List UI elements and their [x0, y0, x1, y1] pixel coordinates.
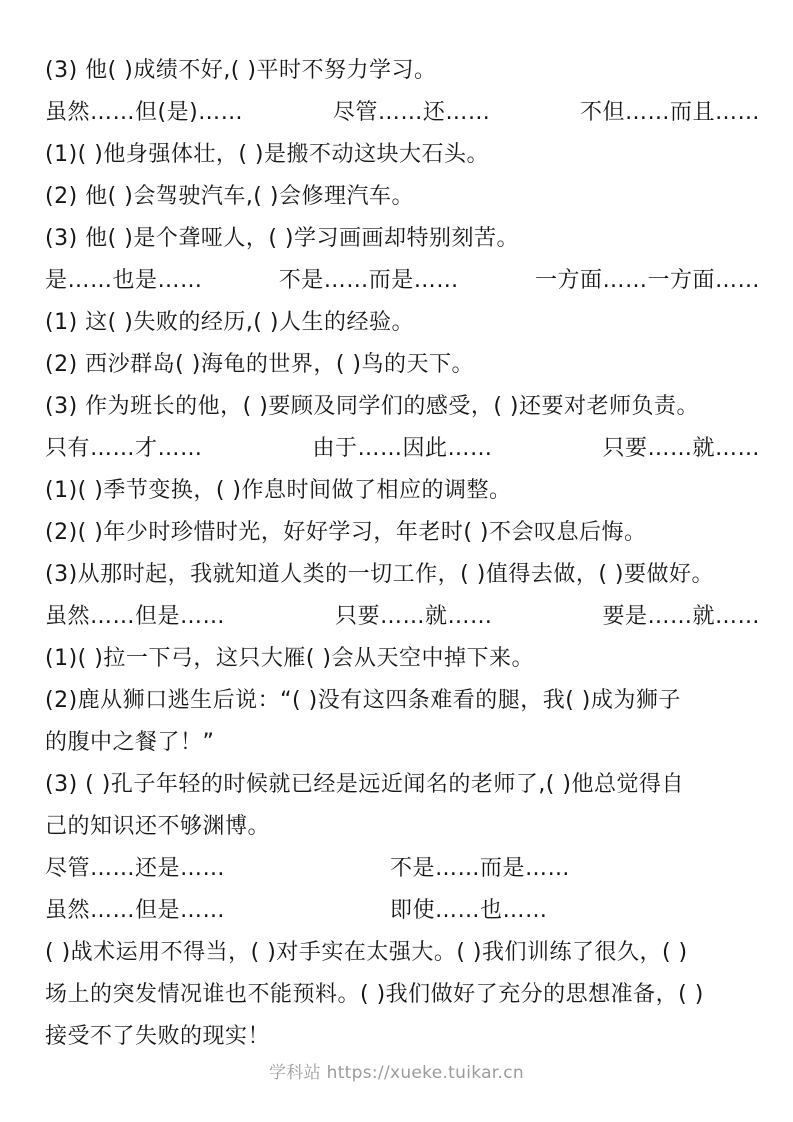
exercise-line: 的腹中之餐了！” [45, 722, 760, 764]
footer-site-link: 学科站 https://xueke.tuikar.cn [269, 1063, 524, 1083]
exercise-line: (1)( )他身强体壮，( )是搬不动这块大石头。 [45, 134, 760, 176]
exercise-line: (1)( )拉一下弓，这只大雁( )会从天空中掉下来。 [45, 638, 760, 680]
exercise-line: 场上的突发情况谁也不能预料。( )我们做好了充分的思想准备，( ) [45, 974, 760, 1016]
conjunction-option: 虽然……但(是)…… [45, 92, 243, 134]
exercise-line: (3) 作为班长的他，( )要顾及同学们的感受，( )还要对老师负责。 [45, 386, 760, 428]
conjunction-option: 只要……就…… [602, 428, 760, 470]
exercise-line: (3) 他( )是个聋哑人，( )学习画画却特别刻苦。 [45, 218, 760, 260]
conjunction-option: 不是……而是…… [279, 260, 459, 302]
exercise-line: (2) 西沙群岛( )海龟的世界，( )鸟的天下。 [45, 344, 760, 386]
exercise-line: (3) 他( )成绩不好,( )平时不努力学习。 [45, 50, 760, 92]
exercise-line: (3) ( )孔子年轻的时候就已经是远近闻名的老师了,( )他总觉得自 [45, 764, 760, 806]
worksheet-page: (3) 他( )成绩不好,( )平时不努力学习。虽然……但(是)……尽管……还…… [0, 0, 793, 1122]
conjunction-options-row: 是……也是……不是……而是……一方面……一方面…… [45, 260, 760, 302]
conjunction-option: 虽然……但是…… [45, 890, 390, 932]
conjunction-option: 只有……才…… [45, 428, 203, 470]
conjunction-option: 尽管……还…… [333, 92, 491, 134]
conjunction-options-row: 尽管……还是……不是……而是…… [45, 848, 760, 890]
conjunction-option: 只要……就…… [335, 596, 493, 638]
exercise-line: (1) 这( )失败的经历,( )人生的经验。 [45, 302, 760, 344]
worksheet-body: (3) 他( )成绩不好,( )平时不努力学习。虽然……但(是)……尽管……还…… [45, 50, 760, 1058]
conjunction-option: 要是……就…… [602, 596, 760, 638]
conjunction-option: 虽然……但是…… [45, 596, 225, 638]
conjunction-options-row: 虽然……但(是)……尽管……还……不但……而且…… [45, 92, 760, 134]
exercise-line: (2)鹿从狮口逃生后说：“( )没有这四条难看的腿，我( )成为狮子 [45, 680, 760, 722]
conjunction-options-row: 虽然……但是……即使……也…… [45, 890, 760, 932]
exercise-line: (2)( )年少时珍惜时光，好好学习，年老时( )不会叹息后悔。 [45, 512, 760, 554]
conjunction-option: 不是……而是…… [390, 848, 570, 890]
conjunction-options-row: 只有……才……由于……因此……只要……就…… [45, 428, 760, 470]
footer-watermark: 学科站 https://xueke.tuikar.cn [0, 1058, 793, 1083]
exercise-line: ( )战术运用不得当，( )对手实在太强大。( )我们训练了很久，( ) [45, 932, 760, 974]
exercise-line: 接受不了失败的现实！ [45, 1016, 760, 1058]
exercise-line: (1)( )季节变换，( )作息时间做了相应的调整。 [45, 470, 760, 512]
exercise-line: 己的知识还不够渊博。 [45, 806, 760, 848]
conjunction-option: 由于……因此…… [312, 428, 492, 470]
conjunction-options-row: 虽然……但是……只要……就……要是……就…… [45, 596, 760, 638]
conjunction-option: 尽管……还是…… [45, 848, 390, 890]
conjunction-option: 一方面……一方面…… [535, 260, 760, 302]
exercise-line: (2) 他( )会驾驶汽车,( )会修理汽车。 [45, 176, 760, 218]
conjunction-option: 即使……也…… [390, 890, 548, 932]
conjunction-option: 不但……而且…… [580, 92, 760, 134]
exercise-line: (3)从那时起，我就知道人类的一切工作，( )值得去做，( )要做好。 [45, 554, 760, 596]
conjunction-option: 是……也是…… [45, 260, 203, 302]
